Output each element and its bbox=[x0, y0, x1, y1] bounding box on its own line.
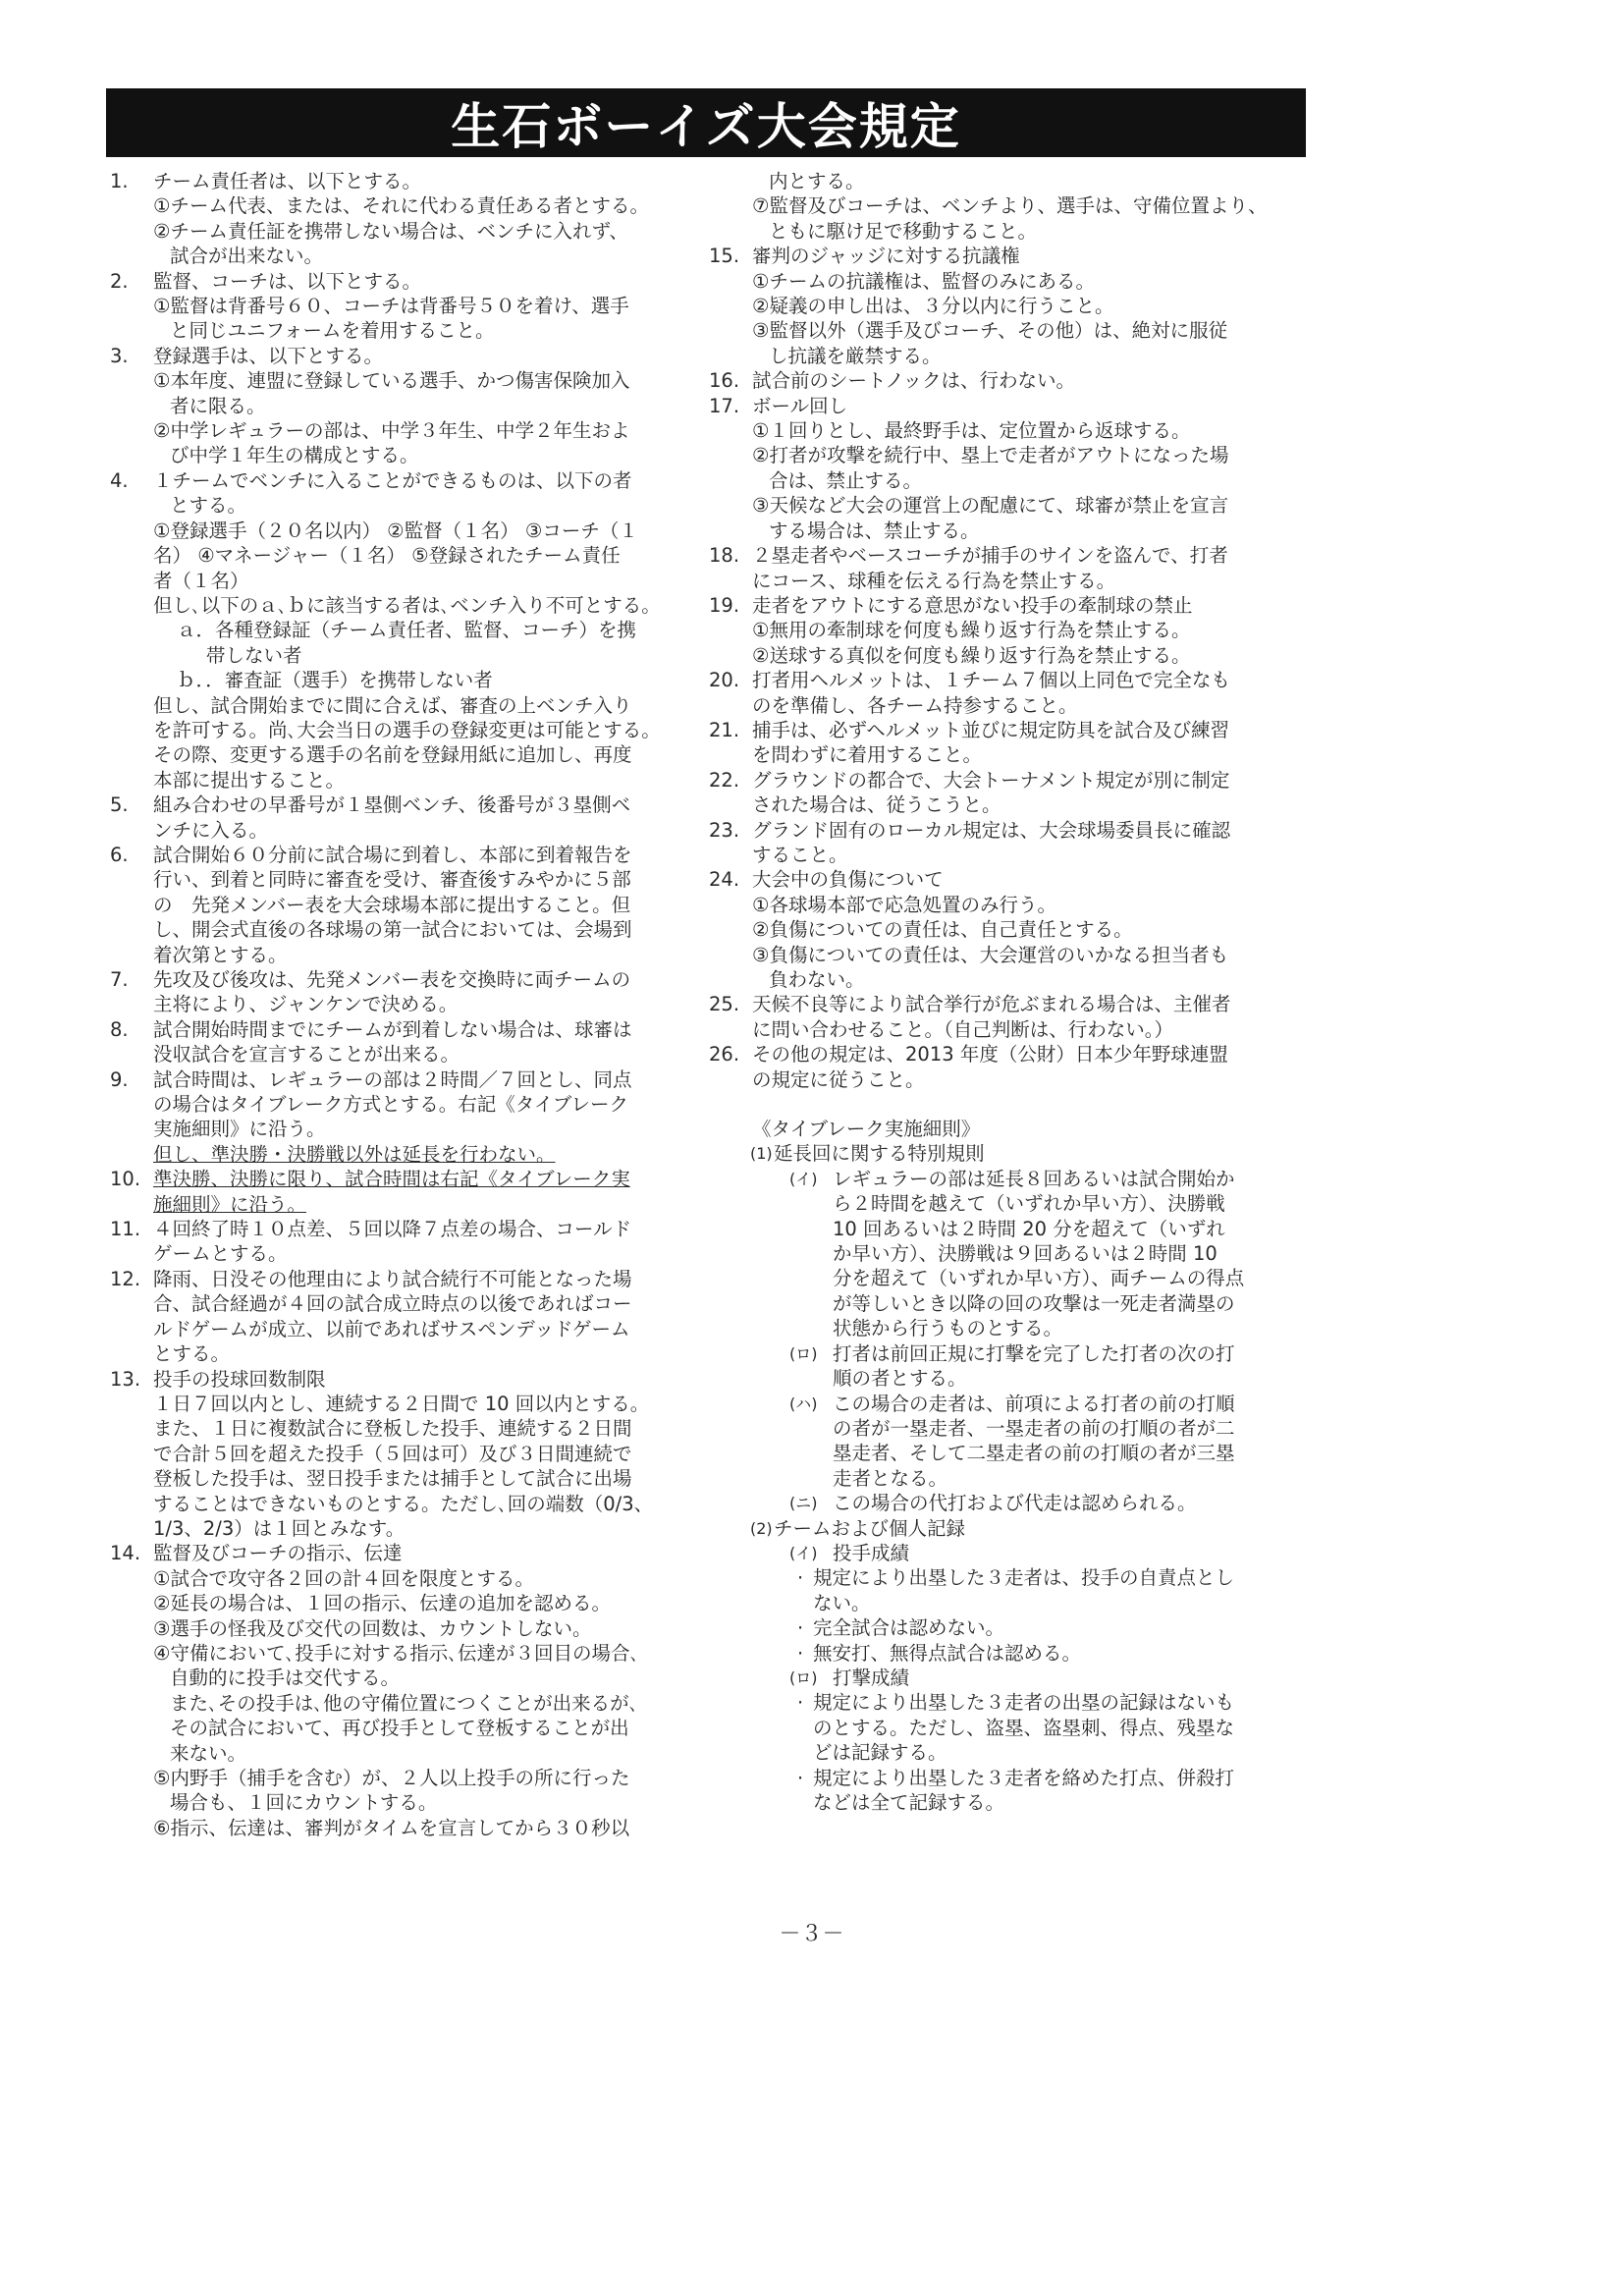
rule-item: 4.１チームでベンチに入ることができるものは、以下の者とする。①登録選手（２０名… bbox=[110, 468, 699, 793]
rule-item: 25.天候不良等により試合挙行が危ぶまれる場合は、主催者に問い合わせること。（自… bbox=[709, 992, 1298, 1042]
bullet-text-line: のとする。ただし、盗塁、盗塁刺、得点、残塁な bbox=[813, 1716, 1298, 1740]
rule-text-line: ③負傷についての責任は、大会運営のいかなる担当者も bbox=[752, 943, 1298, 967]
rule-text-line: ⑥指示、伝達は、審判がタイムを宣言してから３０秒以 bbox=[153, 1816, 699, 1840]
bullet-text-line: などは全て記録する。 bbox=[813, 1790, 1298, 1815]
tiebreak-rules: 《タイブレーク実施細則》(1)延長回に関する特別規則(イ)レギュラーの部は延長８… bbox=[709, 1117, 1298, 1815]
rule-text-line: 試合開始時間までにチームが到着しない場合は、球審は bbox=[153, 1017, 699, 1042]
rule-text-line: のを準備し、各チーム持参すること。 bbox=[752, 693, 1298, 718]
section-heading: 延長回に関する特別規則 bbox=[774, 1141, 1298, 1166]
rule-text-line: とする。 bbox=[153, 493, 699, 518]
tiebreak-section: (2)チームおよび個人記録 bbox=[709, 1516, 1298, 1541]
rule-text-line: の 先発メンバー表を大会球場本部に提出すること。但 bbox=[153, 893, 699, 917]
rule-text-line: する場合は、禁止する。 bbox=[752, 519, 1298, 543]
rule-text-line: 没収試合を宣言することが出来る。 bbox=[153, 1042, 699, 1066]
bullet-dot-icon: · bbox=[797, 1690, 803, 1715]
rule-number: 19. bbox=[709, 593, 748, 618]
rule-text-line: ①監督は背番号６０、コーチは背番号５０を着け、選手 bbox=[153, 294, 699, 318]
rule-number: 13. bbox=[110, 1367, 149, 1392]
rule-text-line: 準決勝、決勝に限り、試合時間は右記《タイブレーク実 bbox=[153, 1167, 699, 1191]
rule-text-line: 大会中の負傷について bbox=[752, 867, 1298, 892]
rule-text-line: 負わない。 bbox=[752, 967, 1298, 992]
rule-number: 18. bbox=[709, 543, 748, 568]
rule-item: 26.その他の規定は、2013 年度（公財）日本少年野球連盟の規定に従うこと。 bbox=[709, 1042, 1298, 1092]
page-number: －３－ bbox=[0, 1917, 1623, 1947]
tiebreak-item: (ロ)打撃成績 bbox=[709, 1666, 1298, 1690]
rule-number: 22. bbox=[709, 768, 748, 793]
rule-text-line: し抗議を厳禁する。 bbox=[752, 344, 1298, 368]
rule-text-line: ンチに入る。 bbox=[153, 818, 699, 843]
rule-text-line: 場合も、１回にカウントする。 bbox=[153, 1790, 699, 1815]
rule-text-line: 降雨、日没その他理由により試合続行不可能となった場 bbox=[153, 1267, 699, 1291]
rule-text-line: 実施細則》に沿う。 bbox=[153, 1117, 699, 1141]
rule-text-line: ①各球場本部で応急処置のみ行う。 bbox=[752, 893, 1298, 917]
item-text-line: ら２時間を越えて（いずれか早い方）、決勝戦 bbox=[833, 1191, 1298, 1216]
rule-number: 12. bbox=[110, 1267, 149, 1291]
item-text-line: の者が一塁走者、一塁走者の前の打順の者が二 bbox=[833, 1416, 1298, 1441]
item-heading: 打撃成績 bbox=[833, 1666, 1298, 1690]
rule-text-line: 者（１名） bbox=[153, 569, 699, 593]
rule-item: 7.先攻及び後攻は、先発メンバー表を交換時に両チームの主将により、ジャンケンで決… bbox=[110, 967, 699, 1017]
rule-text-line: 組み合わせの早番号が１塁側ベンチ、後番号が３塁側ベ bbox=[153, 793, 699, 817]
rule-text-line: すること。 bbox=[752, 843, 1298, 867]
rule-text-line: １チームでベンチに入ることができるものは、以下の者 bbox=[153, 468, 699, 493]
item-label: (イ) bbox=[789, 1541, 818, 1565]
tiebreak-item: (ニ)この場合の代打および代走は認められる。 bbox=[709, 1491, 1298, 1515]
rule-text-line: その試合において、再び投手として登板することが出 bbox=[153, 1716, 699, 1740]
tiebreak-item: (ロ)打者は前回正規に打撃を完了した打者の次の打順の者とする。 bbox=[709, 1341, 1298, 1392]
rule-item: 20.打者用ヘルメットは、１チーム７個以上同色で完全なものを準備し、各チーム持参… bbox=[709, 668, 1298, 718]
rule-text-line: 合、試合経過が４回の試合成立時点の以後であればコー bbox=[153, 1291, 699, 1316]
rule-text-line: で合計５回を超えた投手（５回は可）及び３日間連続で bbox=[153, 1442, 699, 1466]
rule-text-line: を問わずに着用すること。 bbox=[752, 742, 1298, 767]
bullet-item: ·規定により出塁した３走者を絡めた打点、併殺打などは全て記録する。 bbox=[709, 1766, 1298, 1816]
rule-text-line: ②疑義の申し出は、３分以内に行うこと。 bbox=[752, 294, 1298, 318]
rule-text-line: 捕手は、必ずヘルメット並びに規定防具を試合及び練習 bbox=[752, 718, 1298, 742]
rule-text-line: 自動的に投手は交代する。 bbox=[153, 1666, 699, 1690]
rule-text-line: の場合はタイブレーク方式とする。右記《タイブレーク bbox=[153, 1092, 699, 1117]
bullet-item: ·規定により出塁した３走者は、投手の自責点としない。 bbox=[709, 1565, 1298, 1615]
rule-item: 18.２塁走者やベースコーチが捕手のサインを盗んで、打者にコース、球種を伝える行… bbox=[709, 543, 1298, 593]
rule-text-line: ａ．各種登録証（チーム責任者、監督、コーチ）を携 bbox=[153, 618, 699, 642]
bullet-dot-icon: · bbox=[797, 1641, 803, 1666]
rule-number: 2. bbox=[110, 269, 149, 294]
rule-item: 21.捕手は、必ずヘルメット並びに規定防具を試合及び練習を問わずに着用すること。 bbox=[709, 718, 1298, 768]
rule-text-line: 走者をアウトにする意思がない投手の牽制球の禁止 bbox=[752, 593, 1298, 618]
right-rules: 内とする。⑦監督及びコーチは、ベンチより、選手は、守備位置より、ともに駆け足で移… bbox=[709, 169, 1298, 1092]
rule-number: 4. bbox=[110, 468, 149, 493]
item-label: (ロ) bbox=[789, 1341, 818, 1366]
rule-text-line: ２塁走者やベースコーチが捕手のサインを盗んで、打者 bbox=[752, 543, 1298, 568]
rule-text-line: また、１日に複数試合に登板した投手、連続する２日間 bbox=[153, 1416, 699, 1441]
item-text-line: 走者となる。 bbox=[833, 1466, 1298, 1491]
rule-text-line: ②延長の場合は、１回の指示、伝達の追加を認める。 bbox=[153, 1591, 699, 1615]
rule-text-line: び中学１年生の構成とする。 bbox=[153, 443, 699, 467]
rule-text-line: １日７回以内とし、連続する２日間で 10 回以内とする。 bbox=[153, 1392, 699, 1416]
rule-text-line: ④守備において､投手に対する指示､伝達が３回目の場合､ bbox=[153, 1641, 699, 1666]
rule-text-line: ⑤内野手（捕手を含む）が、２人以上投手の所に行った bbox=[153, 1766, 699, 1790]
rule-number: 23. bbox=[709, 818, 748, 843]
left-column: 1.チーム責任者は、以下とする。①チーム代表、または、それに代わる責任ある者とす… bbox=[110, 169, 699, 1840]
rule-number: 6. bbox=[110, 843, 149, 867]
item-label: (ロ) bbox=[789, 1666, 818, 1690]
rule-text-line: ①１回りとし、最終野手は、定位置から返球する。 bbox=[752, 418, 1298, 443]
bullet-item: ·規定により出塁した３走者の出塁の記録はないものとする。ただし、盗塁、盗塁刺、得… bbox=[709, 1690, 1298, 1765]
rule-number: 3. bbox=[110, 344, 149, 368]
rule-text-line: 着次第とする。 bbox=[153, 943, 699, 967]
rule-text-line: ⑦監督及びコーチは、ベンチより、選手は、守備位置より、 bbox=[752, 193, 1298, 218]
item-text-line: が等しいとき以降の回の攻撃は一死走者満塁の bbox=[833, 1291, 1298, 1316]
rule-text-line: ③監督以外（選手及びコーチ、その他）は、絶対に服従 bbox=[752, 318, 1298, 343]
rule-item: 9.試合時間は、レギュラーの部は２時間／７回とし、同点の場合はタイブレーク方式と… bbox=[110, 1067, 699, 1168]
bullet-text-line: どは記録する。 bbox=[813, 1740, 1298, 1765]
rule-number: 20. bbox=[709, 668, 748, 692]
item-text-line: 打者は前回正規に打撃を完了した打者の次の打 bbox=[833, 1341, 1298, 1366]
rule-text-line: 試合が出来ない。 bbox=[153, 244, 699, 268]
rule-text-line: また､その投手は､他の守備位置につくことが出来るが､ bbox=[153, 1691, 699, 1716]
item-heading: 投手成績 bbox=[833, 1541, 1298, 1565]
bullet-item: ·無安打、無得点試合は認める。 bbox=[709, 1641, 1298, 1666]
rule-item: 8.試合開始時間までにチームが到着しない場合は、球審は没収試合を宣言することが出… bbox=[110, 1017, 699, 1067]
rule-text-line: 行い、到着と同時に審査を受け、審査後すみやかに５部 bbox=[153, 867, 699, 892]
bullet-dot-icon: · bbox=[797, 1565, 803, 1590]
rule-text-line: に問い合わせること。（自己判断は、行わない。） bbox=[752, 1017, 1298, 1042]
rule-text-line: ①チーム代表、または、それに代わる責任ある者とする。 bbox=[153, 193, 699, 218]
rule-text-line: にコース、球種を伝える行為を禁止する。 bbox=[752, 569, 1298, 593]
rule-number: 16. bbox=[709, 368, 748, 393]
rule-text-line: を許可する。尚､大会当日の選手の登録変更は可能とする。 bbox=[153, 718, 699, 742]
rule-text-line: ③天候など大会の運営上の配慮にて、球審が禁止を宣言 bbox=[752, 493, 1298, 518]
bullet-text-line: 完全試合は認めない。 bbox=[813, 1615, 1298, 1640]
rule-text-line: 内とする。 bbox=[752, 169, 1298, 193]
rule-item: 14.監督及びコーチの指示、伝達①試合で攻守各２回の計４回を限度とする。②延長の… bbox=[110, 1541, 699, 1840]
bullet-text-line: 規定により出塁した３走者の出塁の記録はないも bbox=[813, 1690, 1298, 1715]
tiebreak-section: (1)延長回に関する特別規則 bbox=[709, 1141, 1298, 1166]
rule-text-line: 名） ④マネージャー（１名） ⑤登録されたチーム責任 bbox=[153, 543, 699, 568]
rule-text-line: ②チーム責任証を携帯しない場合は、ベンチに入れず、 bbox=[153, 219, 699, 244]
item-text-line: この場合の走者は、前項による打者の前の打順 bbox=[833, 1392, 1298, 1416]
rule-item: 内とする。⑦監督及びコーチは、ベンチより、選手は、守備位置より、ともに駆け足で移… bbox=[709, 169, 1298, 244]
rule-item: 16.試合前のシートノックは、行わない。 bbox=[709, 368, 1298, 393]
rule-text-line: された場合は、従うこうと。 bbox=[752, 793, 1298, 817]
rule-text-line: 登録選手は、以下とする。 bbox=[153, 344, 699, 368]
rule-text-line: と同じユニフォームを着用すること。 bbox=[153, 318, 699, 343]
rule-item: 11.４回終了時１０点差、５回以降７点差の場合、コールドゲームとする。 bbox=[110, 1217, 699, 1267]
rule-item: 22.グラウンドの都合で、大会トーナメント規定が別に制定された場合は、従うこうと… bbox=[709, 768, 1298, 818]
rule-number: 21. bbox=[709, 718, 748, 742]
rule-item: 15.審判のジャッジに対する抗議権①チームの抗議権は、監督のみにある。②疑義の申… bbox=[709, 244, 1298, 368]
rule-number: 15. bbox=[709, 244, 748, 268]
item-label: (イ) bbox=[789, 1167, 818, 1191]
item-text-line: か早い方）、決勝戦は９回あるいは２時間 10 bbox=[833, 1241, 1298, 1266]
rule-text-line: 来ない。 bbox=[153, 1741, 699, 1766]
item-text-line: 状態から行うものとする。 bbox=[833, 1316, 1298, 1340]
rule-text-line: グラウンドの都合で、大会トーナメント規定が別に制定 bbox=[752, 768, 1298, 793]
page-title: 生石ボーイズ大会規定 bbox=[451, 87, 961, 158]
rule-number: 14. bbox=[110, 1541, 149, 1565]
rule-text-line: チーム責任者は、以下とする。 bbox=[153, 169, 699, 193]
rule-text-line: ともに駆け足で移動すること。 bbox=[752, 219, 1298, 244]
bullet-text-line: ない。 bbox=[813, 1591, 1298, 1615]
rule-text-line: 監督及びコーチの指示、伝達 bbox=[153, 1541, 699, 1565]
rule-text-line: の規定に従うこと。 bbox=[752, 1067, 1298, 1092]
item-text-line: 順の者とする。 bbox=[833, 1366, 1298, 1391]
rule-text-line: 1/3、2/3）は１回とみなす。 bbox=[153, 1516, 699, 1541]
item-label: (ニ) bbox=[789, 1491, 818, 1515]
rule-item: 24.大会中の負傷について①各球場本部で応急処置のみ行う。②負傷についての責任は… bbox=[709, 867, 1298, 992]
right-column: 内とする。⑦監督及びコーチは、ベンチより、選手は、守備位置より、ともに駆け足で移… bbox=[709, 169, 1298, 1815]
bullet-item: ·完全試合は認めない。 bbox=[709, 1615, 1298, 1640]
rule-text-line: ①本年度、連盟に登録している選手、かつ傷害保険加入 bbox=[153, 368, 699, 393]
item-text-line: 分を超えて（いずれか早い方）、両チームの得点 bbox=[833, 1266, 1298, 1290]
rule-number: 17. bbox=[709, 394, 748, 418]
rule-number: 1. bbox=[110, 169, 149, 193]
item-text-line: この場合の代打および代走は認められる。 bbox=[833, 1491, 1298, 1515]
rule-number: 9. bbox=[110, 1067, 149, 1092]
rule-text-line: ②打者が攻撃を続行中、塁上で走者がアウトになった場 bbox=[752, 443, 1298, 467]
section-heading: チームおよび個人記録 bbox=[774, 1516, 1298, 1541]
rule-item: 2.監督、コーチは、以下とする。①監督は背番号６０、コーチは背番号５０を着け、選… bbox=[110, 269, 699, 344]
rule-item: 1.チーム責任者は、以下とする。①チーム代表、または、それに代わる責任ある者とす… bbox=[110, 169, 699, 269]
rule-text-line: 試合開始６０分前に試合場に到着し、本部に到着報告を bbox=[153, 843, 699, 867]
rule-text-line: 投手の投球回数制限 bbox=[153, 1367, 699, 1392]
rule-item: 13.投手の投球回数制限１日７回以内とし、連続する２日間で 10 回以内とする。… bbox=[110, 1367, 699, 1542]
rule-text-line: し、開会式直後の各球場の第一試合においては、会場到 bbox=[153, 917, 699, 942]
tiebreak-item: (イ)投手成績 bbox=[709, 1541, 1298, 1565]
rule-number: 10. bbox=[110, 1167, 149, 1191]
rule-item: 17.ボール回し①１回りとし、最終野手は、定位置から返球する。②打者が攻撃を続行… bbox=[709, 394, 1298, 543]
bullet-text-line: 規定により出塁した３走者を絡めた打点、併殺打 bbox=[813, 1766, 1298, 1790]
rule-text-line: ①無用の牽制球を何度も繰り返す行為を禁止する。 bbox=[752, 618, 1298, 642]
rule-number: 8. bbox=[110, 1017, 149, 1042]
rule-text-line: 試合前のシートノックは、行わない。 bbox=[752, 368, 1298, 393]
section-label: (2) bbox=[750, 1516, 773, 1541]
rule-text-line: 合は、禁止する。 bbox=[752, 468, 1298, 493]
rule-text-line: ②中学レギュラーの部は、中学３年生、中学２年生およ bbox=[153, 418, 699, 443]
rule-text-line: 打者用ヘルメットは、１チーム７個以上同色で完全なも bbox=[752, 668, 1298, 692]
rule-number: 26. bbox=[709, 1042, 748, 1066]
rule-text-line: ①登録選手（２０名以内） ②監督（１名） ③コーチ（１ bbox=[153, 519, 699, 543]
item-label: (ハ) bbox=[789, 1392, 818, 1416]
rule-text-line: ①試合で攻守各２回の計４回を限度とする。 bbox=[153, 1566, 699, 1591]
rule-text-line: とする。 bbox=[153, 1341, 699, 1366]
bullet-dot-icon: · bbox=[797, 1615, 803, 1640]
rule-text-line: 天候不良等により試合挙行が危ぶまれる場合は、主催者 bbox=[752, 992, 1298, 1016]
bullet-dot-icon: · bbox=[797, 1766, 803, 1790]
rule-number: 25. bbox=[709, 992, 748, 1016]
rule-number: 7. bbox=[110, 967, 149, 992]
bullet-text-line: 規定により出塁した３走者は、投手の自責点とし bbox=[813, 1565, 1298, 1590]
rule-item: 19.走者をアウトにする意思がない投手の牽制球の禁止①無用の牽制球を何度も繰り返… bbox=[709, 593, 1298, 668]
rule-item: 5.組み合わせの早番号が１塁側ベンチ、後番号が３塁側ベンチに入る。 bbox=[110, 793, 699, 843]
rule-text-line: 但し、試合開始までに間に合えば、審査の上ベンチ入り bbox=[153, 693, 699, 718]
rule-number: 5. bbox=[110, 793, 149, 817]
rule-text-line: その際、変更する選手の名前を登録用紙に追加し、再度 bbox=[153, 742, 699, 767]
rule-text-line: ①チームの抗議権は、監督のみにある。 bbox=[752, 269, 1298, 294]
rule-text-line: ボール回し bbox=[752, 394, 1298, 418]
rule-item: 23.グランド固有のローカル規定は、大会球場委員長に確認すること。 bbox=[709, 818, 1298, 868]
rule-item: 10.準決勝、決勝に限り、試合時間は右記《タイブレーク実施細則》に沿う。 bbox=[110, 1167, 699, 1217]
rule-text-line: することはできないものとする。ただし､回の端数（0/3、 bbox=[153, 1492, 699, 1516]
section-label: (1) bbox=[750, 1141, 773, 1166]
item-text-line: 10 回あるいは２時間 20 分を超えて（いずれ bbox=[833, 1217, 1298, 1241]
tiebreak-item: (ハ)この場合の走者は、前項による打者の前の打順の者が一塁走者、一塁走者の前の打… bbox=[709, 1392, 1298, 1492]
rule-text-line: 但し､以下のａ､ｂに該当する者は､ベンチ入り不可とする。 bbox=[153, 593, 699, 618]
rule-number: 24. bbox=[709, 867, 748, 892]
rule-item: 3.登録選手は、以下とする。①本年度、連盟に登録している選手、かつ傷害保険加入者… bbox=[110, 344, 699, 468]
rule-number: 11. bbox=[110, 1217, 149, 1241]
rule-item: 6.試合開始６０分前に試合場に到着し、本部に到着報告を行い、到着と同時に審査を受… bbox=[110, 843, 699, 967]
bullet-text-line: 無安打、無得点試合は認める。 bbox=[813, 1641, 1298, 1666]
rule-text-line: ４回終了時１０点差、５回以降７点差の場合、コールド bbox=[153, 1217, 699, 1241]
item-text-line: 塁走者、そして二塁走者の前の打順の者が三塁 bbox=[833, 1441, 1298, 1465]
rule-text-line: ゲームとする。 bbox=[153, 1241, 699, 1266]
rule-text-line: 登板した投手は、翌日投手または捕手として試合に出場 bbox=[153, 1466, 699, 1491]
rule-text-line: その他の規定は、2013 年度（公財）日本少年野球連盟 bbox=[752, 1042, 1298, 1066]
item-text-line: レギュラーの部は延長８回あるいは試合開始か bbox=[833, 1167, 1298, 1191]
rule-text-line: 主将により、ジャンケンで決める。 bbox=[153, 992, 699, 1016]
rule-text-line: ルドゲームが成立、以前であればサスペンデッドゲーム bbox=[153, 1317, 699, 1341]
rule-text-line: ②送球する真似を何度も繰り返す行為を禁止する。 bbox=[752, 643, 1298, 668]
rule-text-line: ｂ．．審査証（選手）を携帯しない者 bbox=[153, 668, 699, 692]
rule-text-line: ②負傷についての責任は、自己責任とする。 bbox=[752, 917, 1298, 942]
rule-text-line: 本部に提出すること。 bbox=[153, 768, 699, 793]
rule-text-line: ③選手の怪我及び交代の回数は、カウントしない。 bbox=[153, 1616, 699, 1641]
rule-text-line: 帯しない者 bbox=[153, 643, 699, 668]
rule-text-line: 監督、コーチは、以下とする。 bbox=[153, 269, 699, 294]
rule-text-line: 試合時間は、レギュラーの部は２時間／７回とし、同点 bbox=[153, 1067, 699, 1092]
rule-text-line: 施細則》に沿う。 bbox=[153, 1192, 699, 1217]
rule-text-line: 先攻及び後攻は、先発メンバー表を交換時に両チームの bbox=[153, 967, 699, 992]
rule-text-line: 者に限る。 bbox=[153, 394, 699, 418]
title-banner: 生石ボーイズ大会規定 bbox=[106, 88, 1306, 157]
rule-text-line: 但し、準決勝・決勝戦以外は延長を行わない。 bbox=[153, 1142, 699, 1167]
rule-text-line: 審判のジャッジに対する抗議権 bbox=[752, 244, 1298, 268]
tiebreak-item: (イ)レギュラーの部は延長８回あるいは試合開始から２時間を越えて（いずれか早い方… bbox=[709, 1167, 1298, 1341]
rule-item: 12.降雨、日没その他理由により試合続行不可能となった場合、試合経過が４回の試合… bbox=[110, 1267, 699, 1367]
rule-text-line: グランド固有のローカル規定は、大会球場委員長に確認 bbox=[752, 818, 1298, 843]
tiebreak-title: 《タイブレーク実施細則》 bbox=[709, 1117, 1298, 1141]
document-page: 生石ボーイズ大会規定 1.チーム責任者は、以下とする。①チーム代表、または、それ… bbox=[0, 0, 1623, 2296]
